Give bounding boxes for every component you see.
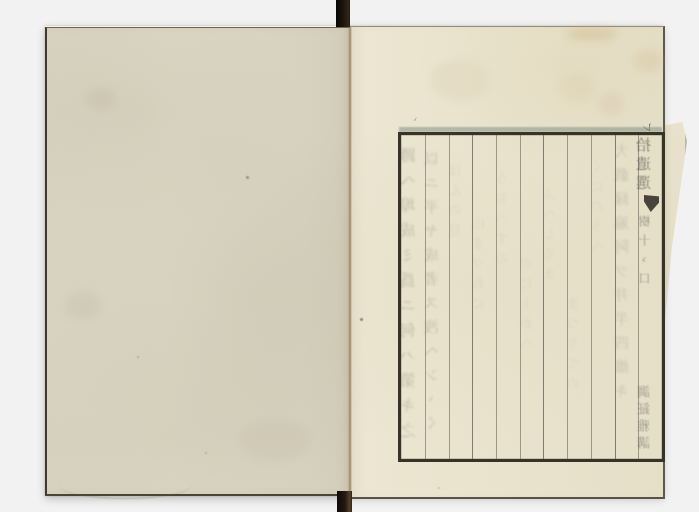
column-rule bbox=[472, 135, 473, 459]
printed-text-frame: 拾遺選 樹十ゝ口 調鉦雅講 蹲へ埠成ミ爲ニ何ハ第キ之以ニ平ヤ成者ス洩ヘンヽくほん… bbox=[398, 132, 665, 462]
ghost-text-column: ほんの見 bbox=[449, 163, 473, 243]
column-rule bbox=[567, 135, 568, 459]
binding-strap-top bbox=[336, 0, 350, 27]
ghost-text-column: 山まツれに bbox=[472, 216, 496, 316]
column-rule bbox=[496, 135, 497, 459]
ghost-text-column: くにのうへ bbox=[591, 159, 615, 259]
ghost-publisher-chars: 調鉦雅講 bbox=[639, 385, 661, 453]
fishtail-printers-mark-icon bbox=[644, 195, 659, 212]
column-rule bbox=[591, 135, 592, 459]
column-rule bbox=[425, 135, 426, 459]
open-book: ヽ レ 拾遺選 樹十ゝ口 調鉦雅講 蹲へ埠成ミ爲ニ何ハ第キ之以ニ平ヤ成者ス洩ヘン… bbox=[45, 26, 663, 496]
ghost-text-column: のにトかへ bbox=[520, 256, 544, 356]
column-rule bbox=[615, 135, 616, 459]
ghost-text-column: 以ニ平ヤ成者ス洩ヘンヽく bbox=[425, 151, 449, 439]
column-rule bbox=[543, 135, 544, 459]
column-rule bbox=[449, 135, 450, 459]
ghost-text-column: ふへしるま bbox=[543, 186, 567, 286]
ghost-title-column: 拾遺選 bbox=[637, 137, 662, 194]
ghost-text-column: 蹲へ埠成ミ爲ニ何ハ第キ之 bbox=[401, 147, 425, 447]
left-blank-page bbox=[45, 27, 352, 496]
spine-gutter bbox=[348, 26, 352, 496]
ghost-volume-chars: 樹十ゝ口 bbox=[639, 215, 661, 291]
column-rule bbox=[638, 135, 639, 459]
ghost-text-column: うちハすの bbox=[496, 171, 520, 271]
stray-ink-mark-left: ヽ bbox=[411, 111, 421, 126]
column-rule bbox=[520, 135, 521, 459]
right-page: ヽ レ 拾遺選 樹十ゝ口 調鉦雅講 蹲へ埠成ミ爲ニ何ハ第キ之以ニ平ヤ成者ス洩ヘン… bbox=[350, 26, 665, 499]
ghost-text-column: まつりての bbox=[567, 296, 591, 396]
frame-interior: 拾遺選 樹十ゝ口 調鉦雅講 蹲へ埠成ミ爲ニ何ハ第キ之以ニ平ヤ成者ス洩ヘンヽくほん… bbox=[401, 135, 662, 459]
ghost-text-column: 大戯縁遍阿ツ井半四維キ bbox=[615, 143, 639, 407]
photo-of-open-book: ヽ レ 拾遺選 樹十ゝ口 調鉦雅講 蹲へ埠成ミ爲ニ何ハ第キ之以ニ平ヤ成者ス洩ヘン… bbox=[0, 0, 699, 512]
binding-strap-bottom bbox=[337, 491, 352, 512]
paper-crease bbox=[59, 472, 191, 499]
